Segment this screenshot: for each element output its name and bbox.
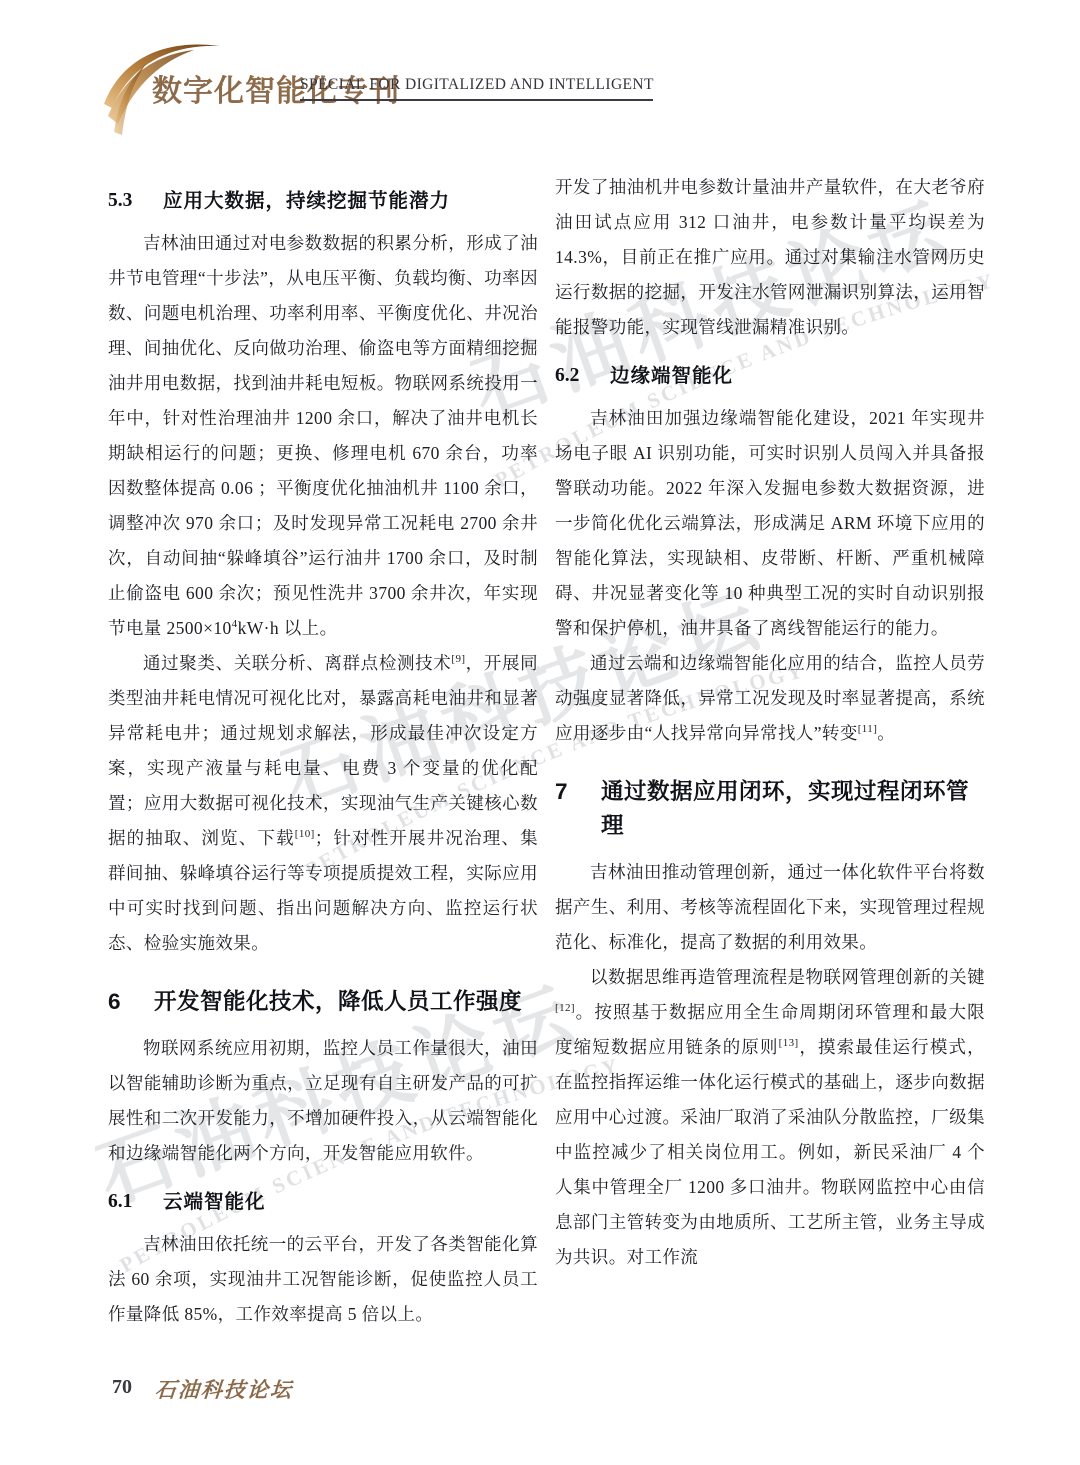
- section-number: 6.2: [555, 361, 610, 391]
- paragraph: 以数据思维再造管理流程是物联网管理创新的关键[12]。按照基于数据应用全生命周期…: [555, 960, 985, 1275]
- paragraph: 开发了抽油机井电参数计量油井产量软件，在大老爷府油田试点应用 312 口油井，电…: [555, 170, 985, 345]
- paragraph: 吉林油田依托统一的云平台，开发了各类智能化算法 60 余项，实现油井工况智能诊断…: [108, 1227, 538, 1332]
- citation-ref: [13]: [779, 1037, 799, 1049]
- section-number: 7: [555, 775, 601, 843]
- section-number: 6: [108, 985, 154, 1019]
- right-column: 开发了抽油机井电参数计量油井产量软件，在大老爷府油田试点应用 312 口油井，电…: [555, 170, 985, 1332]
- page-header: 数字化智能化专刊 SPECIAL FOR DIGITALIZED AND INT…: [0, 0, 1080, 130]
- section-heading: 6开发智能化技术，降低人员工作强度: [108, 985, 538, 1019]
- section-title: 边缘端智能化: [610, 361, 985, 391]
- citation-ref: [11]: [858, 723, 878, 735]
- journal-logotype: 石油科技论坛: [154, 1374, 294, 1404]
- special-issue-title-en: SPECIAL FOR DIGITALIZED AND INTELLIGENT: [300, 76, 654, 94]
- paragraph: 吉林油田通过对电参数数据的积累分析，形成了油井节电管理“十步法”，从电压平衡、负…: [108, 226, 538, 646]
- article-body: 5.3应用大数据，持续挖掘节能潜力吉林油田通过对电参数数据的积累分析，形成了油井…: [108, 170, 985, 1332]
- paragraph: 吉林油田推动管理创新，通过一体化软件平台将数据产生、利用、考核等流程固化下来，实…: [555, 855, 985, 960]
- paragraph: 吉林油田加强边缘端智能化建设，2021 年实现井场电子眼 AI 识别功能，可实时…: [555, 401, 985, 646]
- section-heading: 6.1云端智能化: [108, 1187, 538, 1217]
- citation-ref: 4: [232, 618, 238, 630]
- journal-page: 石油科技论坛 PETROLEUM SCIENCE AND TECHNOLOGY …: [0, 0, 1080, 1465]
- section-title: 云端智能化: [163, 1187, 538, 1217]
- section-number: 5.3: [108, 186, 163, 216]
- section-heading: 7通过数据应用闭环，实现过程闭环管理: [555, 775, 985, 843]
- header-rule: [300, 99, 653, 101]
- paragraph: 通过聚类、关联分析、离群点检测技术[9]，开展同类型油井耗电情况可视化比对，暴露…: [108, 646, 538, 961]
- citation-ref: [10]: [295, 828, 315, 840]
- citation-ref: [9]: [451, 653, 465, 665]
- paragraph: 通过云端和边缘端智能化应用的结合，监控人员劳动强度显著降低，异常工况发现及时率显…: [555, 646, 985, 751]
- page-number: 70: [112, 1376, 132, 1399]
- section-title: 开发智能化技术，降低人员工作强度: [154, 985, 538, 1019]
- section-heading: 6.2边缘端智能化: [555, 361, 985, 391]
- section-number: 6.1: [108, 1187, 163, 1217]
- page-footer: 70 石油科技论坛: [0, 1372, 1080, 1412]
- section-title: 应用大数据，持续挖掘节能潜力: [163, 186, 538, 216]
- citation-ref: [12]: [555, 1002, 575, 1014]
- left-column: 5.3应用大数据，持续挖掘节能潜力吉林油田通过对电参数数据的积累分析，形成了油井…: [108, 170, 538, 1332]
- section-heading: 5.3应用大数据，持续挖掘节能潜力: [108, 186, 538, 216]
- paragraph: 物联网系统应用初期，监控人员工作量很大，油田以智能辅助诊断为重点，立足现有自主研…: [108, 1031, 538, 1171]
- section-title: 通过数据应用闭环，实现过程闭环管理: [601, 775, 985, 843]
